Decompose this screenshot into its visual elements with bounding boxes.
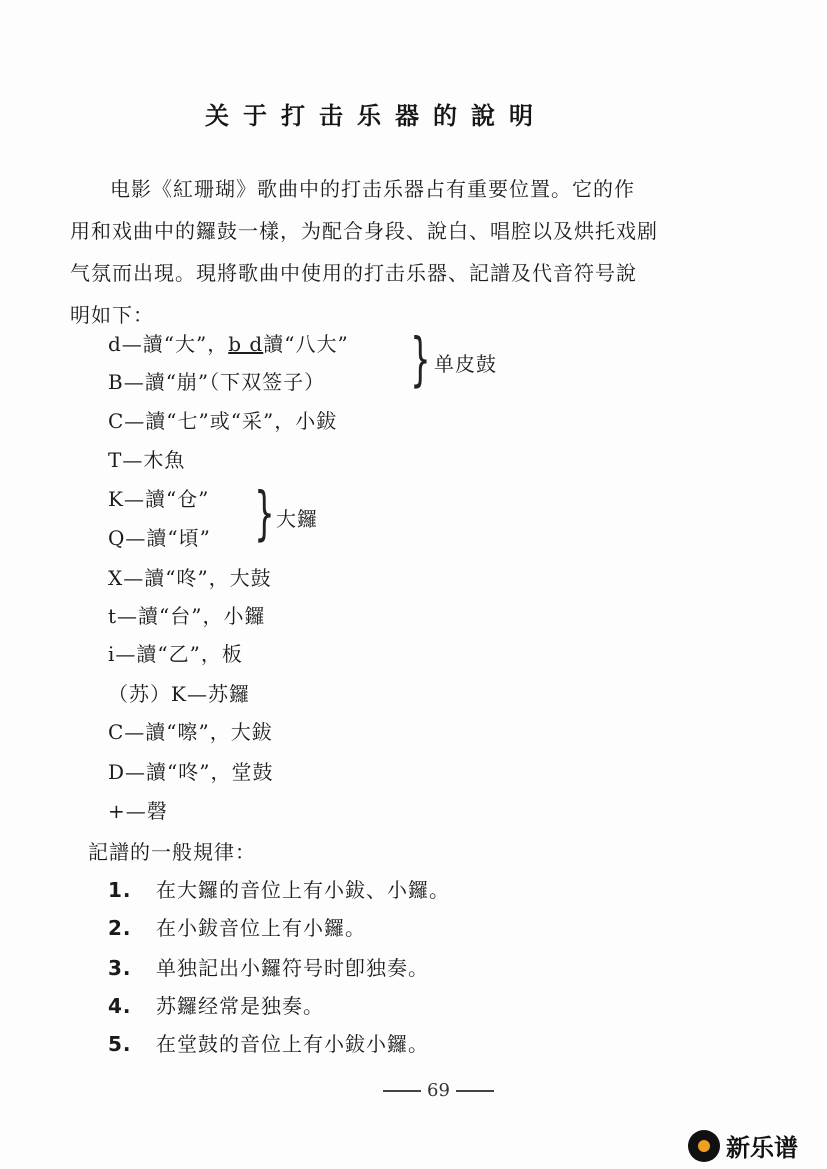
legend-item-c: C—讀“七”或“采”，小鈸 [108, 405, 337, 434]
rule-number: 3. [108, 956, 156, 980]
dash-divider [456, 1090, 494, 1092]
legend-item-t-lower: t—讀“台”，小鑼 [108, 600, 266, 629]
intro-paragraph: 电影《紅珊瑚》歌曲中的打击乐器占有重要位置。它的作 用和戏曲中的鑼鼓一樣，为配合… [70, 168, 710, 336]
rule-text: 单独記出小鑼符号时卽独奏。 [156, 956, 429, 980]
page-title: 关于打击乐器的說明 [205, 96, 547, 131]
legend-item-d: d—讀“大”，b d讀“八大” [108, 328, 349, 357]
rule-text: 在大鑼的音位上有小鈸、小鑼。 [156, 878, 450, 902]
legend-item-t: T—木魚 [108, 444, 185, 473]
legend-item-k: K—讀“仓” [108, 483, 209, 512]
rule-text: 在小鈸音位上有小鑼。 [156, 916, 366, 940]
legend-item-b: B—讀“崩”（下双签子） [108, 366, 325, 395]
legend-underlined: b d [228, 332, 263, 356]
brace-icon: } [410, 330, 430, 388]
legend-item-x: X—讀“咚”，大鼓 [108, 562, 272, 591]
rule-text: 在堂鼓的音位上有小鈸小鑼。 [156, 1032, 429, 1056]
vinyl-record-icon [688, 1130, 720, 1162]
rule-item: 4.苏鑼经常是独奏。 [108, 990, 324, 1019]
intro-line: 电影《紅珊瑚》歌曲中的打击乐器占有重要位置。它的作 [70, 168, 710, 210]
legend-item-d-drum: D—讀“咚”，堂鼓 [108, 756, 273, 785]
legend-text: d—讀“大”， [108, 332, 228, 356]
legend-item-su-k: （苏）K—苏鑼 [108, 678, 250, 707]
rule-item: 1.在大鑼的音位上有小鈸、小鑼。 [108, 874, 450, 903]
watermark-logo: 新乐谱 [688, 1128, 798, 1163]
rules-heading: 記譜的一般規律： [88, 836, 256, 865]
page-number: 69 [377, 1080, 500, 1101]
rule-number: 5. [108, 1032, 156, 1056]
legend-item-plus: +—磬 [108, 795, 168, 824]
group-label-single-skin-drum: 单皮鼓 [434, 348, 497, 377]
rule-number: 1. [108, 878, 156, 902]
rule-number: 4. [108, 994, 156, 1018]
legend-text: 讀“八大” [263, 332, 348, 356]
rule-text: 苏鑼经常是独奏。 [156, 994, 324, 1018]
dash-divider [383, 1090, 421, 1092]
page-number-value: 69 [427, 1080, 450, 1101]
watermark-text: 新乐谱 [726, 1128, 798, 1163]
intro-line: 用和戏曲中的鑼鼓一樣，为配合身段、說白、唱腔以及烘托戏剧 [70, 210, 710, 252]
rule-item: 3.单独記出小鑼符号时卽独奏。 [108, 952, 429, 981]
rule-item: 5.在堂鼓的音位上有小鈸小鑼。 [108, 1028, 429, 1057]
rule-item: 2.在小鈸音位上有小鑼。 [108, 912, 366, 941]
group-label-big-gong: 大鑼 [276, 503, 318, 532]
legend-item-q: Q—讀“頃” [108, 522, 211, 551]
legend-item-i: i—讀“乙”，板 [108, 638, 243, 667]
intro-line: 气氛而出現。現將歌曲中使用的打击乐器、記譜及代音符号說 [70, 252, 710, 294]
rule-number: 2. [108, 916, 156, 940]
brace-icon: } [254, 484, 274, 542]
legend-item-c-cymbal: C—讀“嚓”，大鈸 [108, 716, 273, 745]
